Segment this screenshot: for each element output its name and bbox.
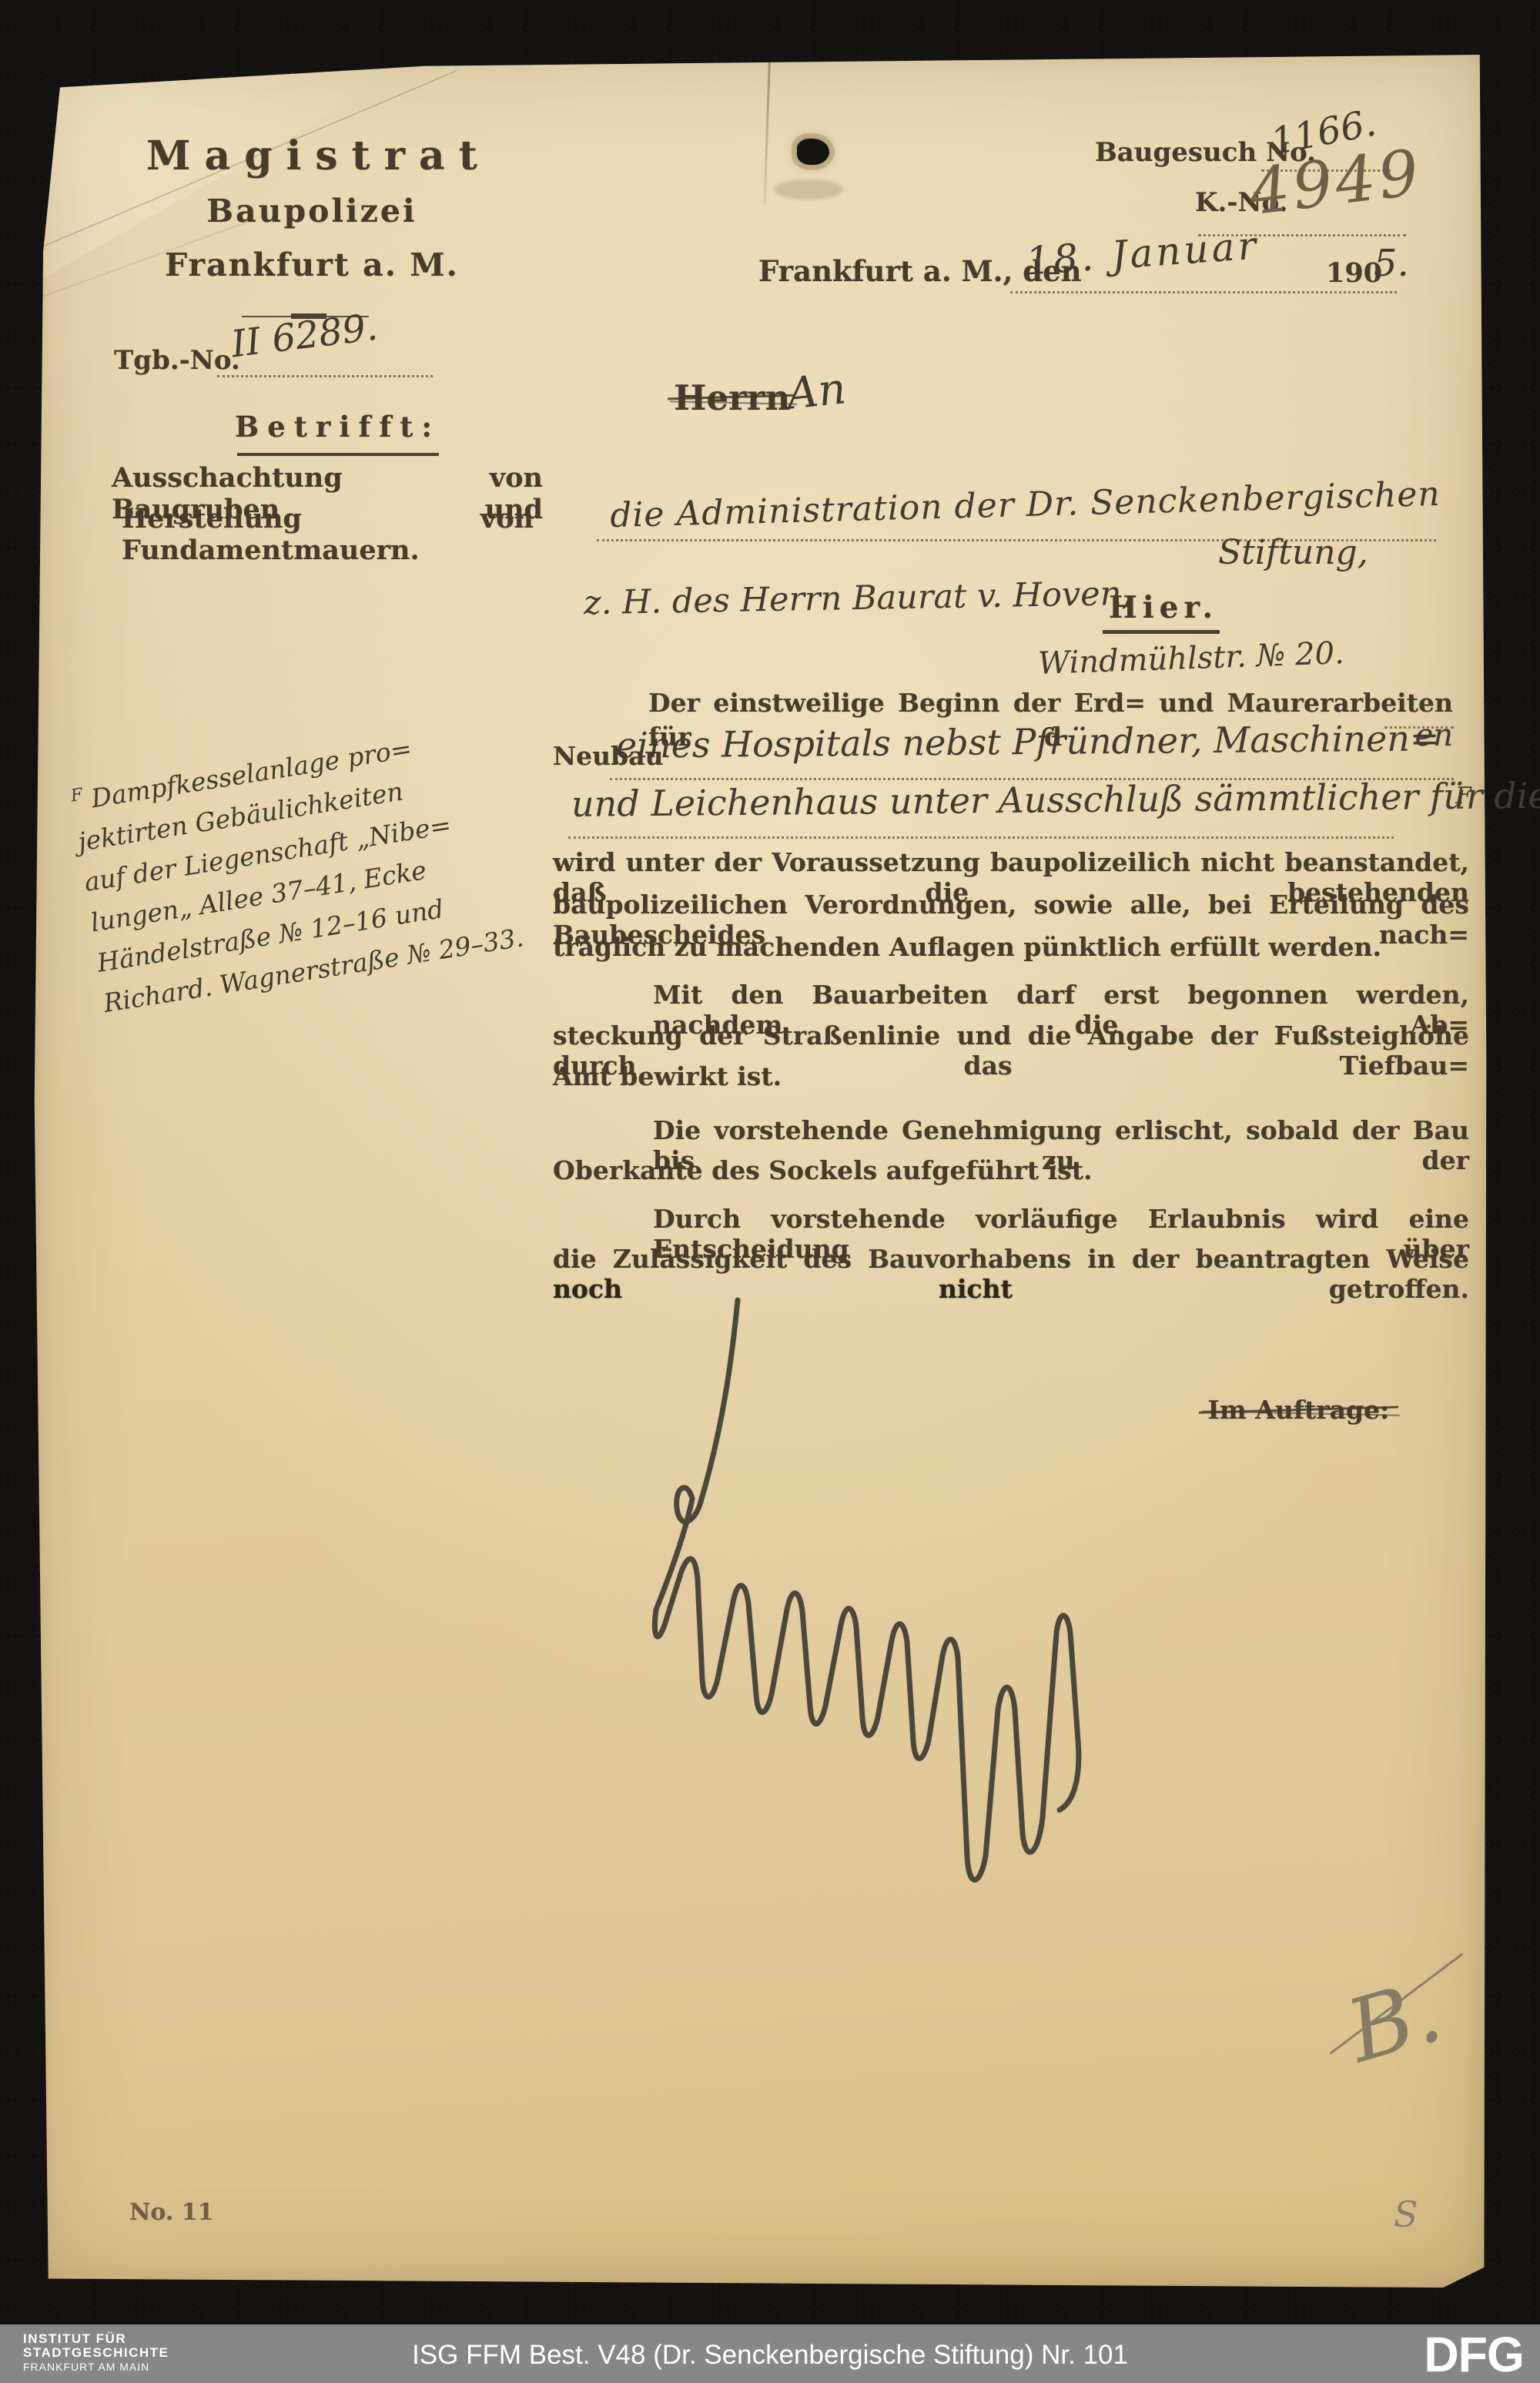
im-auftrage-struck: Im Auftrage: <box>1207 1395 1389 1425</box>
recipient-line2: Stiftung, <box>1218 533 1368 572</box>
signature <box>539 1248 1155 1941</box>
scan-background: Magistrat Baupolizei Frankfurt a. M. Tgb… <box>0 0 1540 2383</box>
office-name-line3: Frankfurt a. M. <box>146 246 477 283</box>
city-underline <box>1103 630 1220 634</box>
paper-tear-line <box>763 46 771 204</box>
insertion-mark-margin: F <box>69 785 84 806</box>
office-name-line2: Baupolizei <box>146 193 477 230</box>
form-number: No. 11 <box>129 2199 214 2226</box>
body-p4-line2-post: getroffen. <box>1329 1274 1469 1304</box>
diary-dotted-line <box>217 375 433 377</box>
paper-smudge <box>774 179 843 199</box>
diary-number-label: Tgb.-No. <box>114 345 240 376</box>
salutation-handwritten: An <box>785 364 849 420</box>
pencil-note-s: S <box>1394 2194 1418 2235</box>
date-dotted-line <box>1010 291 1397 293</box>
office-name-line1: Magistrat <box>146 132 477 179</box>
body-p3-line2: Oberkante des Sockels aufgeführt ist. <box>553 1155 1093 1185</box>
body-p1-line2-handwritten: eines Hospitals nebst Pfründner, Maschin… <box>616 717 1455 766</box>
paper-hole <box>797 139 829 165</box>
dfg-logo: DFG <box>1424 2326 1523 2383</box>
archive-footer-bar: INSTITUT FÜR STADTGESCHICHTE FRANKFURT A… <box>0 2324 1540 2383</box>
p1-l3-dotted <box>568 836 1394 839</box>
insertion-mark-body: F <box>1455 783 1471 809</box>
body-p1-line3-handwritten: und Leichenhaus unter Ausschluß sämmtlic… <box>571 776 1434 825</box>
archive-reference-caption: ISG FFM Best. V48 (Dr. Senckenbergische … <box>0 2340 1540 2371</box>
city-printed: Hier. <box>1109 590 1218 625</box>
year-digit-handwritten: 5. <box>1374 242 1409 285</box>
body-p2-line3: Amt bewirkt ist. <box>553 1061 782 1091</box>
subject-label: Betrifft: <box>235 410 440 444</box>
subject-line2: Herstellung von Fundamentmauern. <box>122 503 534 566</box>
salutation-printed-struck: Herrn <box>674 377 790 418</box>
body-p1-line6: träglich zu machenden Auflagen pünktlich… <box>553 932 1469 962</box>
subject-underline <box>237 453 439 456</box>
